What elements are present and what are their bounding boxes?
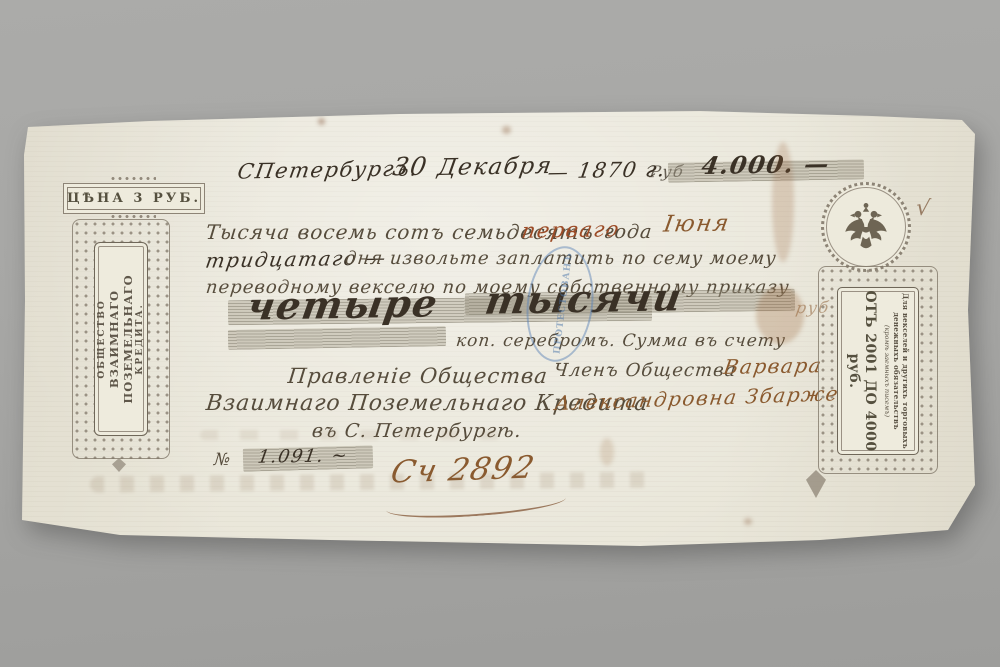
price-box-ornament-top (110, 176, 156, 181)
amount-word1-handwriting: четыре (244, 280, 442, 328)
day-handwriting: 30 (391, 152, 431, 182)
photo-background: ЦѢНА 3 РУБ. ОБЩЕСТВО ВЗАИМНАГО ПОЗЕМЕЛЬН… (0, 0, 1000, 667)
right-cartouche-frame: Для векселей и другихъ торговыхъ денежны… (818, 266, 938, 474)
eagle-medallion (821, 182, 911, 272)
double-headed-eagle-icon (842, 201, 890, 253)
ghost-ink-offset-text (200, 430, 500, 440)
foxing-dot (502, 126, 511, 134)
left-cartouche-finial (112, 458, 126, 472)
check-mark-ink: √ (914, 195, 931, 222)
usage-line2: денежныхъ обязательствъ (891, 290, 900, 452)
foxing-dot (318, 118, 325, 125)
right-cartouche-panel: Для векселей и другихъ торговыхъ денежны… (837, 287, 919, 455)
promissory-note-paper: ЦѢНА 3 РУБ. ОБЩЕСТВО ВЗАИМНАГО ПОЗЕМЕЛЬН… (0, 0, 1000, 667)
credit-word: КРЕДИТА. (135, 244, 145, 434)
ink-stain-streak (772, 142, 794, 262)
ghost-ink-offset-text (90, 472, 650, 493)
kop-clause-printed: коп. серебромъ. Сумма въ счету (455, 331, 787, 351)
left-cartouche-panel: ОБЩЕСТВО ВЗАИМНАГО ПОЗЕМЕЛЬНАГО КРЕДИТА. (94, 242, 148, 436)
month-handwriting: Декабря (436, 153, 555, 181)
left-cartouche-text: ОБЩЕСТВО ВЗАИМНАГО ПОЗЕМЕЛЬНАГО КРЕДИТА. (97, 244, 145, 434)
member-name1-handwriting: Варвара (722, 353, 824, 379)
society-name: ВЗАИМНАГО ПОЗЕМЕЛЬНАГО (107, 244, 135, 434)
signature-flourish (385, 486, 566, 522)
society-word: ОБЩЕСТВО (97, 244, 107, 434)
member-label-printed: Членъ Общества (553, 360, 738, 381)
foxing-dot (600, 438, 614, 466)
usage-line1: Для векселей и другихъ торговыхъ (901, 290, 910, 452)
right-cartouche-text: Для векселей и другихъ торговыхъ денежны… (846, 290, 910, 452)
right-cartouche-pendant (806, 470, 826, 498)
price-label: ЦѢНА 3 РУБ. (67, 191, 201, 206)
left-cartouche-frame: ОБЩЕСТВО ВЗАИМНАГО ПОЗЕМЕЛЬНАГО КРЕДИТА. (72, 219, 170, 459)
amount-word-band-lower (228, 326, 446, 350)
foxing-dot (744, 518, 752, 525)
price-stamp-box: ЦѢНА 3 РУБ. (63, 183, 205, 214)
number-label-printed: № (213, 450, 232, 470)
ink-stain-blob (756, 286, 804, 344)
year-suffix-printed: года (603, 221, 654, 243)
denomination-range: ОТЪ 2001 ДО 4000 руб. (846, 290, 878, 452)
month-hand-brown: Іюня (662, 210, 732, 237)
usage-line3: (кромѣ заемныхъ писемъ) (883, 290, 891, 452)
amount-digits-handwriting: 4.000. — (700, 149, 833, 180)
board-line1-printed: Правленіе Общества (287, 364, 549, 388)
protest-stamp-text: ПРОТЕСТОВАНЪ (552, 252, 574, 355)
number-value-handwriting: 1.091. ~ (256, 445, 350, 468)
paper-shadow: ЦѢНА 3 РУБ. ОБЩЕСТВО ВЗАИМНАГО ПОЗЕМЕЛЬН… (0, 0, 1000, 667)
dateline-dash: — (546, 160, 571, 184)
